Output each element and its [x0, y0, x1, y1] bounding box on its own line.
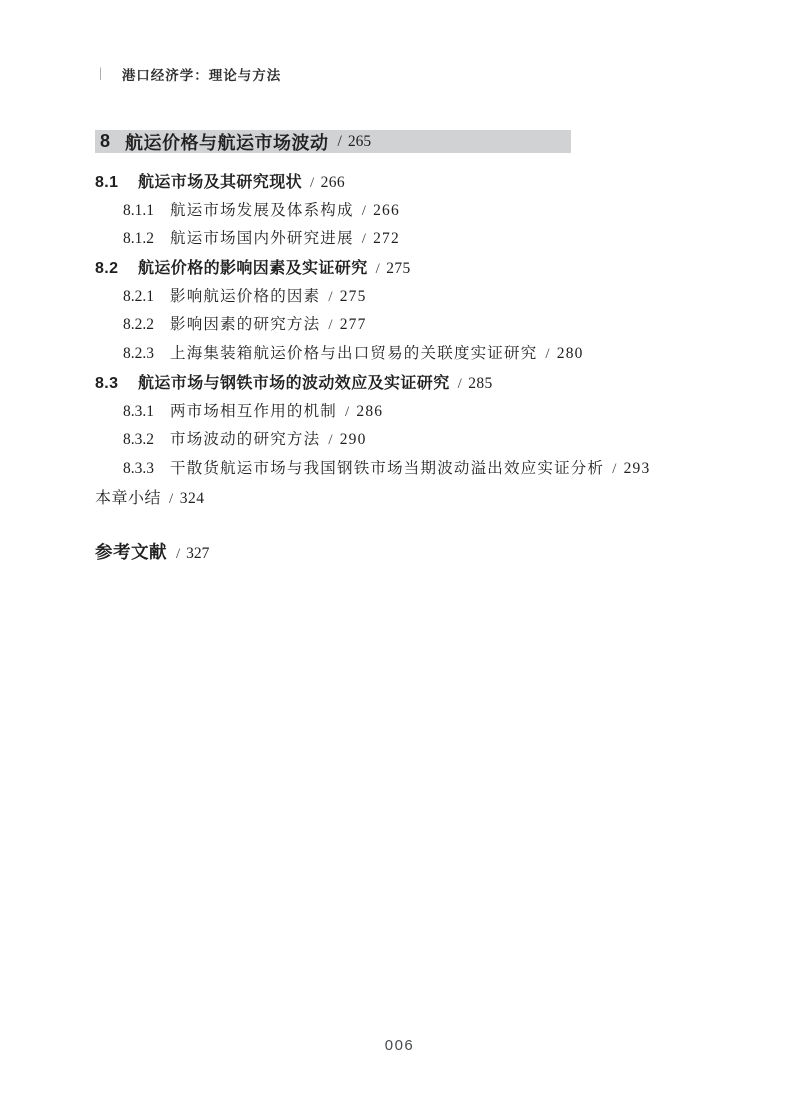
table-of-contents: 8 航运价格与航运市场波动 / 265 8.1 航运市场及其研究现状 / 266…	[95, 130, 655, 564]
toc-entry-title: 航运市场与钢铁市场的波动效应及实证研究	[138, 370, 450, 393]
toc-entry: 8.1.2 航运市场国内外研究进展 / 272	[95, 226, 655, 255]
toc-entry-chapter-summary: 本章小结 / 324	[95, 485, 655, 514]
page-separator: /	[345, 404, 350, 421]
page-separator: /	[376, 261, 381, 278]
toc-entry-title: 影响航运价格的因素	[170, 284, 320, 306]
toc-entry-number: 8.2.2	[123, 316, 170, 334]
toc-entry: 8.2 航运价格的影响因素及实证研究 / 275	[95, 255, 655, 284]
toc-entry-page: 286	[356, 403, 383, 421]
page-separator: /	[176, 546, 180, 563]
toc-entry: 8.2.2 影响因素的研究方法 / 277	[95, 312, 655, 341]
book-title: 港口经济学：理论与方法	[122, 64, 282, 84]
toc-entry-title: 本章小结	[95, 485, 161, 508]
toc-entry-number: 8.3	[95, 375, 138, 393]
page-separator: /	[310, 175, 315, 192]
toc-entry: 8.2.3 上海集装箱航运价格与出口贸易的关联度实证研究 / 280	[95, 341, 655, 370]
folio-page-number: 006	[0, 1037, 799, 1054]
toc-entry-title: 上海集装箱航运价格与出口贸易的关联度实证研究	[170, 341, 537, 363]
toc-entry-page: 266	[321, 174, 345, 192]
toc-entry: 8.3 航运市场与钢铁市场的波动效应及实证研究 / 285	[95, 370, 655, 399]
toc-entry-number: 8.2	[95, 260, 138, 278]
page-separator: /	[545, 346, 550, 363]
toc-entry-number: 8.1	[95, 174, 138, 192]
toc-entry: 8.3.3 干散货航运市场与我国钢铁市场当期波动溢出效应实证分析 / 293	[95, 456, 655, 485]
toc-entry-title: 航运价格的影响因素及实证研究	[138, 255, 368, 278]
chapter-heading: 8 航运价格与航运市场波动 / 265	[95, 130, 571, 153]
toc-entry-title: 航运市场发展及体系构成	[170, 198, 354, 220]
toc-entry-number: 8.3.3	[123, 460, 170, 478]
toc-entry-references: 参考文献 / 327	[95, 539, 655, 564]
toc-entry-page: 275	[386, 260, 410, 278]
toc-entry: 8.1 航运市场及其研究现状 / 266	[95, 169, 655, 198]
chapter-number: 8	[100, 131, 110, 152]
running-header: | 港口经济学：理论与方法	[99, 64, 281, 84]
toc-entry-number: 8.1.2	[123, 230, 170, 248]
toc-entry-title: 航运市场国内外研究进展	[170, 226, 354, 248]
page-separator: /	[612, 461, 617, 478]
toc-entry-number: 8.1.1	[123, 202, 170, 220]
chapter-title: 航运价格与航运市场波动	[125, 129, 329, 155]
page-separator: /	[458, 376, 463, 393]
toc-entry-title: 航运市场及其研究现状	[138, 169, 302, 192]
header-divider-bar: |	[99, 66, 103, 82]
references-page-number: 327	[186, 545, 209, 563]
toc-entry: 8.2.1 影响航运价格的因素 / 275	[95, 284, 655, 313]
page-separator: /	[328, 317, 333, 334]
toc-entry-page: 293	[624, 460, 651, 478]
page-separator: /	[328, 289, 333, 306]
toc-entry-number: 8.3.2	[123, 431, 170, 449]
toc-entry-page: 285	[468, 375, 492, 393]
references-title: 参考文献	[95, 539, 167, 564]
toc-entry-page: 266	[373, 202, 400, 220]
toc-entry-title: 干散货航运市场与我国钢铁市场当期波动溢出效应实证分析	[170, 456, 604, 478]
toc-entry-title: 两市场相互作用的机制	[170, 399, 337, 421]
toc-entry: 8.3.1 两市场相互作用的机制 / 286	[95, 399, 655, 428]
toc-entry-title: 市场波动的研究方法	[170, 427, 320, 449]
page-separator: /	[328, 432, 333, 449]
page-separator: /	[338, 133, 342, 151]
toc-entry-page: 272	[373, 230, 400, 248]
page-separator: /	[169, 491, 174, 508]
toc-entry-number: 8.2.1	[123, 288, 170, 306]
toc-entry-title: 影响因素的研究方法	[170, 312, 320, 334]
toc-entry-page: 275	[340, 288, 367, 306]
page-separator: /	[362, 203, 367, 220]
chapter-page-number: 265	[348, 133, 371, 151]
toc-entry-number: 8.3.1	[123, 403, 170, 421]
toc-entry-page: 290	[340, 431, 367, 449]
page-separator: /	[362, 231, 367, 248]
toc-entry: 8.1.1 航运市场发展及体系构成 / 266	[95, 198, 655, 227]
toc-entry: 8.3.2 市场波动的研究方法 / 290	[95, 427, 655, 456]
book-toc-page: | 港口经济学：理论与方法 8 航运价格与航运市场波动 / 265 8.1 航运…	[0, 0, 799, 1118]
toc-entry-page: 324	[180, 490, 205, 508]
toc-entry-page: 277	[340, 316, 367, 334]
toc-entry-page: 280	[557, 345, 584, 363]
toc-entry-number: 8.2.3	[123, 345, 170, 363]
